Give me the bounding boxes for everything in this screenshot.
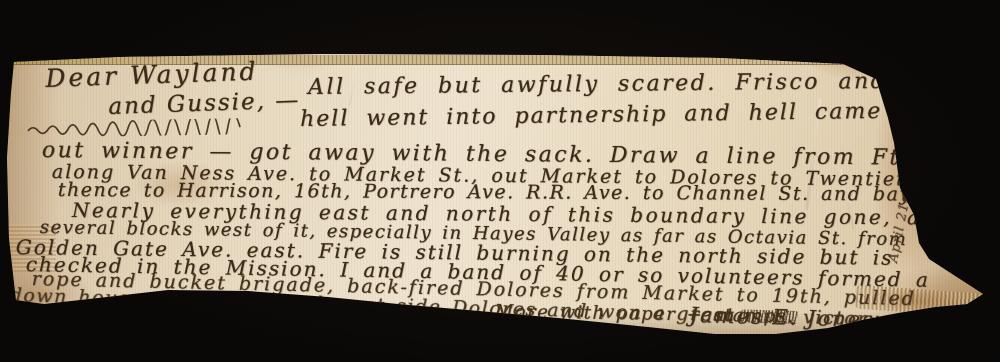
body-line-partnership: hell went into partnership and hell came [300,101,882,131]
salutation-line-1: Dear Wayland [45,59,259,91]
flourish-underline [26,118,246,138]
signature: James E. Jones. [689,305,883,331]
photo-background: Dear Wayland All safe but awfully scared… [0,0,1000,362]
letter-fragment: Dear Wayland All safe but awfully scared… [0,0,1000,362]
salutation-line-2: and Gussie, — [108,89,301,119]
body-line-all-safe: All safe but awfully scared. Frisco and [308,71,887,99]
